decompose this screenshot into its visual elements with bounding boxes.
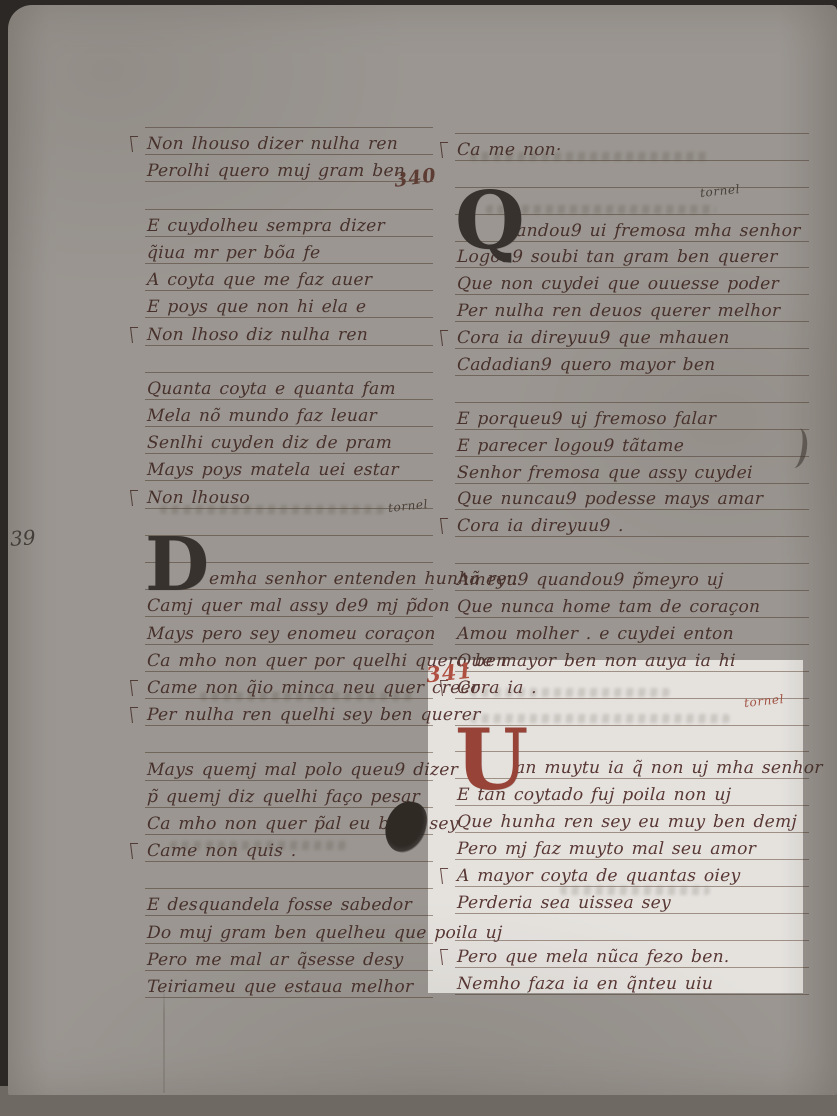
verse-line: Mays quemj mal polo queu9 dizer bbox=[145, 753, 433, 780]
verse-line: Teiriameu que estaua melhor bbox=[145, 971, 433, 998]
ruled-line bbox=[145, 346, 433, 373]
verse-text: Que hunha ren sey eu muy ben demj bbox=[457, 814, 798, 831]
verse-line: E parecer logou9 tãtame bbox=[455, 430, 809, 457]
text-column-right: Ca me non·Quandou9 ui fremosa mha senhor… bbox=[455, 133, 809, 995]
verse-line: Nemho faza ia en q̃nteu uiu bbox=[455, 968, 809, 995]
verse-text: A mayor coyta de quantas oiey bbox=[457, 868, 741, 885]
verse-text: Nemho faza ia en q̃nteu uiu bbox=[457, 976, 714, 993]
verse-text: Perolhi quero muj gram ben bbox=[147, 163, 406, 180]
verse-line: Pero me mal ar q̃sesse desy bbox=[145, 944, 433, 971]
folio-number: 39 bbox=[9, 525, 36, 551]
verse-text: an muytu ia q̃ non uj mha senhor bbox=[515, 760, 823, 777]
verse-text: A coyta que me faz auer bbox=[147, 272, 373, 289]
verse-text: Pero mj faz muyto mal seu amor bbox=[457, 841, 757, 858]
text-column-left: Non lhouso dizer nulha renPerolhi quero … bbox=[145, 127, 433, 998]
verse-text: Perderia sea uissea sey bbox=[457, 895, 672, 912]
verse-line: Ca mho non quer por quelhi quero ben bbox=[145, 645, 433, 672]
verse-line: Que mayor ben non auya ia hi bbox=[455, 645, 809, 672]
verse-text: q̃iua mr per bõa fe bbox=[147, 245, 321, 262]
verse-line: p̃ quemj diz quelhi faço pesar bbox=[145, 781, 433, 808]
verse-line: Quanta coyta e quanta fam bbox=[145, 373, 433, 400]
verse-text: Amou molher . e cuydei enton bbox=[457, 626, 734, 643]
ruled-line bbox=[145, 726, 433, 753]
verse-line: Ameyu9 quandou9 p̃meyro uj bbox=[455, 564, 809, 591]
verse-text: E porqueu9 uj fremoso falar bbox=[457, 411, 717, 428]
verse-line: Cora ia direyuu9 . bbox=[455, 510, 809, 537]
verse-line: Mays pero sey enomeu coraçon bbox=[145, 617, 433, 644]
cantiga-number-341: 341 bbox=[425, 658, 474, 688]
illuminated-initial-D: D bbox=[145, 533, 209, 598]
verse-line: E desquandela fosse sabedor bbox=[145, 889, 433, 916]
verse-line: Non lhouso dizer nulha ren bbox=[145, 128, 433, 155]
verse-text: Mays quemj mal polo queu9 dizer bbox=[147, 762, 459, 779]
verse-text: Ca me non· bbox=[457, 142, 562, 159]
verse-line: Ca me non· bbox=[455, 134, 809, 161]
verse-line: Senlhi cuyden diz de pram bbox=[145, 427, 433, 454]
verse-line: Perolhi quero muj gram ben bbox=[145, 155, 433, 182]
verse-text: Non lhoso diz nulha ren bbox=[147, 327, 369, 344]
verse-line: Que non cuydei que ouuesse poder bbox=[455, 268, 809, 295]
verse-text: Came non quis . bbox=[147, 843, 297, 860]
verse-text: E cuydolheu sempra dizer bbox=[147, 218, 386, 235]
verse-text: Senhor fremosa que assy cuydei bbox=[457, 465, 753, 482]
verse-line: Que hunha ren sey eu muy ben demj bbox=[455, 806, 809, 833]
verse-text: Teiriameu que estaua melhor bbox=[147, 979, 414, 996]
verse-line: Que nunca home tam de coraçon bbox=[455, 591, 809, 618]
verse-line: Perderia sea uissea sey bbox=[455, 887, 809, 914]
verse-line: Per nulha ren deuos querer melhor bbox=[455, 295, 809, 322]
verse-text: Mela nõ mundo faz leuar bbox=[147, 408, 378, 425]
ruled-line bbox=[145, 182, 433, 209]
verse-text: uandou9 ui fremosa mha senhor bbox=[505, 223, 801, 240]
verse-line: E porqueu9 uj fremoso falar bbox=[455, 403, 809, 430]
verse-text: Non lhouso dizer nulha ren bbox=[147, 136, 399, 153]
verse-line: Non lhoso diz nulha ren bbox=[145, 318, 433, 345]
verse-line: A mayor coyta de quantas oiey bbox=[455, 860, 809, 887]
verse-text: E desquandela fosse sabedor bbox=[147, 897, 412, 914]
verse-text: Que nuncau9 podesse mays amar bbox=[457, 491, 764, 508]
verse-line: Senhor fremosa que assy cuydei bbox=[455, 457, 809, 484]
verse-text: Cora ia direyuu9 que mhauen bbox=[457, 330, 730, 347]
verse-line: Mela nõ mundo faz leuar bbox=[145, 400, 433, 427]
verse-line: E poys que non hi ela e bbox=[145, 291, 433, 318]
verse-text: p̃ quemj diz quelhi faço pesar bbox=[147, 789, 421, 806]
verse-text: Do muj gram ben quelheu que poila uj bbox=[147, 925, 503, 942]
verse-text: Per nulha ren deuos querer melhor bbox=[457, 303, 781, 320]
verse-text: Per nulha ren quelhi sey ben querer bbox=[147, 707, 481, 724]
verse-line: q̃iua mr per bõa fe bbox=[145, 237, 433, 264]
verse-line: Amou molher . e cuydei enton bbox=[455, 618, 809, 645]
verse-text: Pero me mal ar q̃sesse desy bbox=[147, 952, 404, 969]
ruled-line bbox=[455, 376, 809, 403]
verse-line: Que nuncau9 podesse mays amar bbox=[455, 484, 809, 511]
verse-text: Senlhi cuyden diz de pram bbox=[147, 435, 393, 452]
verse-text: Quanta coyta e quanta fam bbox=[147, 381, 396, 398]
ruled-line: Q bbox=[455, 188, 809, 215]
verse-line: Per nulha ren quelhi sey ben querer bbox=[145, 699, 433, 726]
verse-text: Ameyu9 quandou9 p̃meyro uj bbox=[457, 572, 724, 589]
verse-line: Came non q̃io minca neu quer creer bbox=[145, 672, 433, 699]
verse-line: Cadadian9 quero mayor ben bbox=[455, 349, 809, 376]
verse-line: Pero que mela nũca fezo ben. bbox=[455, 941, 809, 968]
verse-line: Do muj gram ben quelheu que poila uj bbox=[145, 916, 433, 943]
verse-line: Mays poys matela uei estar bbox=[145, 454, 433, 481]
verse-text: Que nunca home tam de coraçon bbox=[457, 599, 761, 616]
ruled-line bbox=[145, 862, 433, 889]
verse-text: E poys que non hi ela e bbox=[147, 299, 367, 316]
verse-text: Que non cuydei que ouuesse poder bbox=[457, 276, 780, 293]
ruled-line: U bbox=[455, 726, 809, 753]
verse-text: Pero que mela nũca fezo ben. bbox=[457, 949, 730, 966]
illuminated-initial-U: U bbox=[455, 723, 528, 797]
illuminated-initial-Q: Q bbox=[455, 185, 525, 255]
ruled-line bbox=[455, 914, 809, 941]
ruled-line: D bbox=[145, 536, 433, 563]
verse-text: E parecer logou9 tãtame bbox=[457, 438, 685, 455]
verse-text: Cora ia direyuu9 . bbox=[457, 518, 625, 535]
verse-text: Non lhouso bbox=[147, 490, 251, 507]
verse-line: Pero mj faz muyto mal seu amor bbox=[455, 833, 809, 860]
verse-line: E cuydolheu sempra dizer bbox=[145, 210, 433, 237]
manuscript-photo: 39 Non lhouso dizer nulha renPerolhi que… bbox=[0, 0, 837, 1116]
verse-line: Cora ia direyuu9 que mhauen bbox=[455, 322, 809, 349]
verse-text: Mays pero sey enomeu coraçon bbox=[147, 626, 436, 643]
verse-text: Cadadian9 quero mayor ben bbox=[457, 357, 716, 374]
verse-line: A coyta que me faz auer bbox=[145, 264, 433, 291]
verse-text: Que mayor ben non auya ia hi bbox=[457, 653, 736, 670]
verse-text: Mays poys matela uei estar bbox=[147, 462, 399, 479]
ruled-line bbox=[455, 537, 809, 564]
